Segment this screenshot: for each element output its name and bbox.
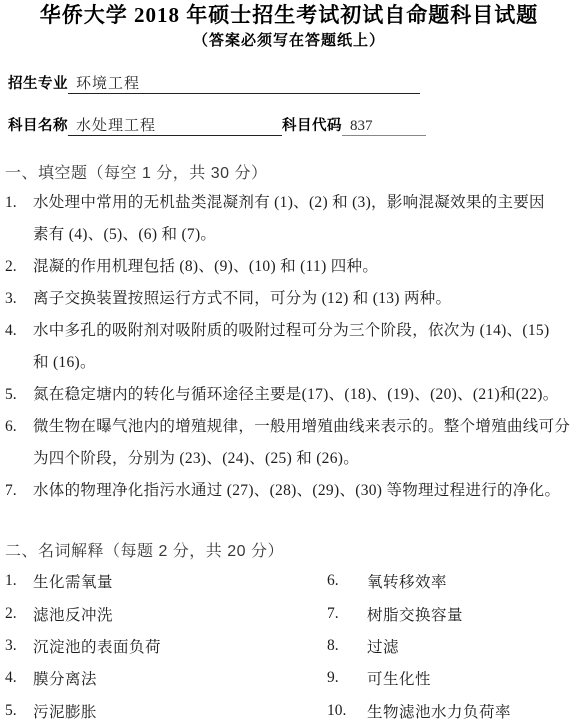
question-row: 6. 微生物在曝气池内的增殖规律，一般用增殖曲线来表示的。整个增殖曲线可分 为四… xyxy=(5,411,578,475)
question-text: 水体的物理净化指污水通过 (27)、(28)、(29)、(30) 等物理过程进行… xyxy=(33,475,578,507)
question-number: 1. xyxy=(5,187,33,219)
fill-in-blank-questions: 1. 水处理中常用的无机盐类混凝剂有 (1)、(2) 和 (3)，影响混凝效果的… xyxy=(5,187,578,507)
term-name: 膜分离法 xyxy=(33,667,97,689)
section2-heading: 二、名词解释（每题 2 分，共 20 分） xyxy=(5,538,284,561)
term-name: 滤池反冲洗 xyxy=(33,603,113,625)
question-row: 2. 混凝的作用机理包括 (8)、(9)、(10) 和 (11) 四种。 xyxy=(5,251,578,283)
term-name: 树脂交换容量 xyxy=(367,603,463,625)
term-number: 5. xyxy=(5,702,33,720)
term-item: 6. 氧转移效率 xyxy=(327,565,511,597)
question-row: 1. 水处理中常用的无机盐类混凝剂有 (1)、(2) 和 (3)，影响混凝效果的… xyxy=(5,187,578,251)
term-item: 2. 滤池反冲洗 xyxy=(5,597,327,629)
question-text: 水中多孔的吸附剂对吸附质的吸附过程可分为三个阶段，依次为 (14)、(15) 和… xyxy=(33,315,578,379)
term-name: 过滤 xyxy=(367,635,399,657)
term-definition-list: 1. 生化需氧量 2. 滤池反冲洗 3. 沉淀池的表面负荷 4. 膜分离法 5.… xyxy=(5,565,511,724)
question-row: 4. 水中多孔的吸附剂对吸附质的吸附过程可分为三个阶段，依次为 (14)、(15… xyxy=(5,315,578,379)
question-row: 7. 水体的物理净化指污水通过 (27)、(28)、(29)、(30) 等物理过… xyxy=(5,475,578,507)
question-row: 3. 离子交换装置按照运行方式不同，可分为 (12) 和 (13) 两种。 xyxy=(5,283,578,315)
page-title: 华侨大学 2018 年硕士招生考试初试自命题科目试题 xyxy=(0,0,578,30)
question-number: 3. xyxy=(5,283,33,315)
subject-row: 科目名称水处理工程科目代码837 xyxy=(8,116,426,136)
subject-name-blank-line: 水处理工程 xyxy=(68,116,282,136)
major-value: 环境工程 xyxy=(76,76,140,92)
question-row: 5. 氮在稳定塘内的转化与循环途径主要是(17)、(18)、(19)、(20)、… xyxy=(5,379,578,411)
term-item: 1. 生化需氧量 xyxy=(5,565,327,597)
term-name: 生化需氧量 xyxy=(33,570,113,592)
term-number: 4. xyxy=(5,669,33,687)
term-item: 7. 树脂交换容量 xyxy=(327,597,511,629)
major-row: 招生专业环境工程 xyxy=(8,74,420,94)
question-text: 微生物在曝气池内的增殖规律，一般用增殖曲线来表示的。整个增殖曲线可分 为四个阶段… xyxy=(33,411,578,475)
term-number: 8. xyxy=(327,637,367,655)
question-number: 5. xyxy=(5,379,33,411)
major-blank-line: 环境工程 xyxy=(68,74,420,94)
term-number: 3. xyxy=(5,637,33,655)
subject-code-value: 837 xyxy=(350,118,373,134)
term-name: 可生化性 xyxy=(367,667,431,689)
term-item: 5. 污泥膨胀 xyxy=(5,695,327,724)
question-text: 离子交换装置按照运行方式不同，可分为 (12) 和 (13) 两种。 xyxy=(33,283,578,315)
subject-name-label: 科目名称 xyxy=(8,116,68,136)
exam-paper-page: 华侨大学 2018 年硕士招生考试初试自命题科目试题 （答案必须写在答题纸上） … xyxy=(0,0,578,724)
major-label: 招生专业 xyxy=(8,74,68,94)
term-item: 9. 可生化性 xyxy=(327,662,511,694)
term-name: 沉淀池的表面负荷 xyxy=(33,635,161,657)
question-number: 4. xyxy=(5,315,33,347)
term-number: 1. xyxy=(5,572,33,590)
subject-code-label: 科目代码 xyxy=(282,116,342,136)
term-item: 10. 生物滤池水力负荷率 xyxy=(327,695,511,724)
term-name: 生物滤池水力负荷率 xyxy=(367,700,511,722)
question-text: 氮在稳定塘内的转化与循环途径主要是(17)、(18)、(19)、(20)、(21… xyxy=(33,379,578,411)
term-number: 9. xyxy=(327,669,367,687)
page-subtitle: （答案必须写在答题纸上） xyxy=(0,30,578,52)
subject-name-value: 水处理工程 xyxy=(76,118,156,134)
term-number: 2. xyxy=(5,605,33,623)
term-number: 6. xyxy=(327,572,367,590)
question-text: 水处理中常用的无机盐类混凝剂有 (1)、(2) 和 (3)，影响混凝效果的主要因… xyxy=(33,187,578,251)
question-number: 2. xyxy=(5,251,33,283)
term-number: 10. xyxy=(327,702,367,720)
term-item: 4. 膜分离法 xyxy=(5,662,327,694)
subject-code-blank-line: 837 xyxy=(342,116,426,136)
question-number: 6. xyxy=(5,411,33,443)
section1-heading: 一、填空题（每空 1 分，共 30 分） xyxy=(5,160,267,183)
term-name: 污泥膨胀 xyxy=(33,700,97,722)
question-number: 7. xyxy=(5,475,33,507)
term-name: 氧转移效率 xyxy=(367,570,447,592)
term-item: 3. 沉淀池的表面负荷 xyxy=(5,630,327,662)
term-number: 7. xyxy=(327,605,367,623)
term-item: 8. 过滤 xyxy=(327,630,511,662)
question-text: 混凝的作用机理包括 (8)、(9)、(10) 和 (11) 四种。 xyxy=(33,251,578,283)
